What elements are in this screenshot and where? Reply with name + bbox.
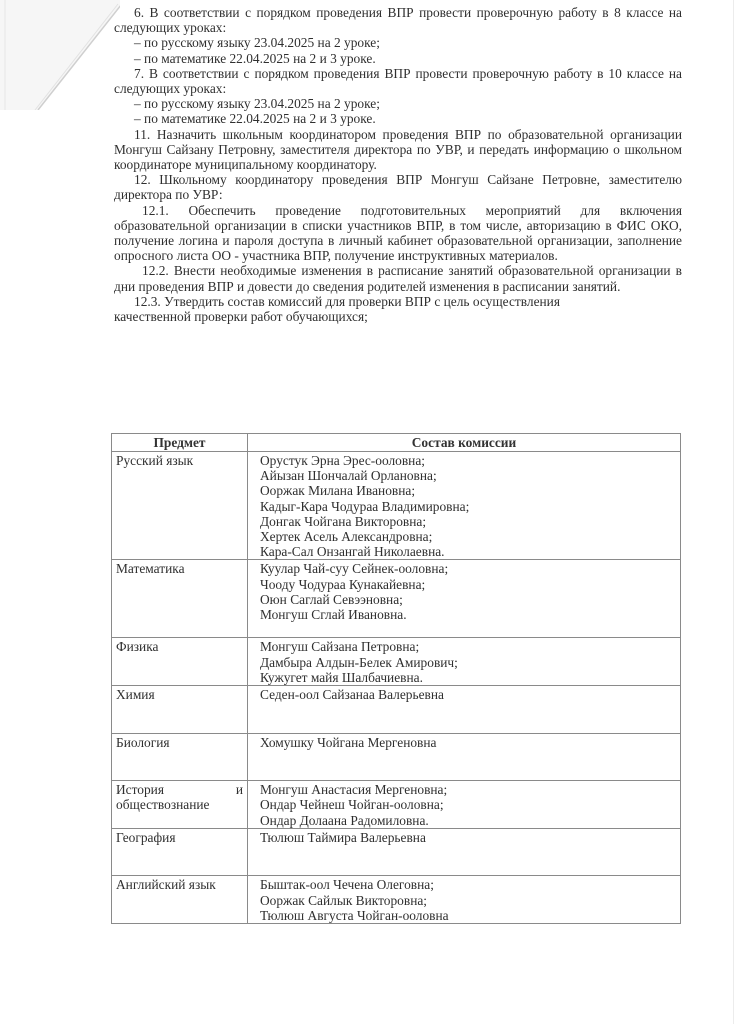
- table-row: Английский языкБыштак-оол Чечена Олеговн…: [112, 876, 681, 924]
- paragraph-7-item-math: – по математике 22.04.2025 на 2 и 3 урок…: [114, 111, 682, 126]
- paragraph-6-item-math: – по математике 22.04.2025 на 2 и 3 урок…: [114, 51, 682, 66]
- commission-member: Монгуш Сайзана Петровна;: [260, 639, 676, 654]
- commission-member: Куулар Чай-суу Сейнек-ооловна;: [260, 561, 676, 576]
- paragraph-11: 11. Назначить школьным координатором про…: [114, 127, 682, 173]
- subject-cell: История и обществознание: [112, 781, 248, 829]
- commission-member: Кадыг-Кара Чодураа Владимировна;: [260, 499, 676, 514]
- commission-table: Предмет Состав комиссии Русский языкОрус…: [111, 433, 681, 924]
- subject-cell: Русский язык: [112, 452, 248, 560]
- commission-member: Монгуш Анастасия Мергеновна;: [260, 782, 676, 797]
- commission-member: Хертек Асель Александровна;: [260, 529, 676, 544]
- subject-cell: География: [112, 828, 248, 876]
- table-row: ГеографияТюлюш Таймира Валерьевна: [112, 828, 681, 876]
- commission-member: Седен-оол Сайзанаа Валерьевна: [260, 687, 676, 702]
- members-cell: Хомушку Чойгана Мергеновна: [248, 733, 681, 781]
- subject-cell: Химия: [112, 686, 248, 734]
- header-commission: Состав комиссии: [248, 434, 681, 452]
- order-text: 6. В соответствии с порядком проведения …: [114, 5, 682, 324]
- paragraph-7-item-russian: – по русскому языку 23.04.2025 на 2 урок…: [114, 96, 682, 111]
- commission-member: Дамбыра Алдын-Белек Амирович;: [260, 655, 676, 670]
- commission-member: Кужугет майя Шалбачиевна.: [260, 670, 676, 685]
- paragraph-12: 12. Школьному координатору проведения ВП…: [114, 172, 682, 202]
- commission-member: Монгуш Сглай Ивановна.: [260, 607, 676, 622]
- members-cell: Седен-оол Сайзанаа Валерьевна: [248, 686, 681, 734]
- members-cell: Тюлюш Таймира Валерьевна: [248, 828, 681, 876]
- table-row: История и обществознаниеМонгуш Анастасия…: [112, 781, 681, 829]
- table-row: БиологияХомушку Чойгана Мергеновна: [112, 733, 681, 781]
- commission-member: Донгак Чойгана Викторовна;: [260, 514, 676, 529]
- table-row: ХимияСеден-оол Сайзанаа Валерьевна: [112, 686, 681, 734]
- table-row: МатематикаКуулар Чай-суу Сейнек-ооловна;…: [112, 560, 681, 638]
- table-row: ФизикаМонгуш Сайзана Петровна;Дамбыра Ал…: [112, 638, 681, 686]
- commission-member: Айызан Шончалай Орлановна;: [260, 468, 676, 483]
- commission-member: Ондар Чейнеш Чойган-ооловна;: [260, 797, 676, 812]
- commission-member: Ондар Долаана Радомиловна.: [260, 813, 676, 828]
- page-fold-corner: [0, 0, 120, 110]
- members-cell: Монгуш Сайзана Петровна;Дамбыра Алдын-Бе…: [248, 638, 681, 686]
- subject-cell: Английский язык: [112, 876, 248, 924]
- commission-member: Оюн Саглай Севээновна;: [260, 592, 676, 607]
- members-cell: Куулар Чай-суу Сейнек-ооловна;Чооду Чоду…: [248, 560, 681, 638]
- members-cell: Монгуш Анастасия Мергеновна;Ондар Чейнеш…: [248, 781, 681, 829]
- commission-member: Ооржак Сайлык Викторовна;: [260, 893, 676, 908]
- commission-member: Чооду Чодураа Кунакайевна;: [260, 577, 676, 592]
- subject-cell: Математика: [112, 560, 248, 638]
- paragraph-6-item-russian: – по русскому языку 23.04.2025 на 2 урок…: [114, 35, 682, 50]
- paragraph-6: 6. В соответствии с порядком проведения …: [114, 5, 682, 35]
- subject-cell: Биология: [112, 733, 248, 781]
- header-subject: Предмет: [112, 434, 248, 452]
- commission-member: Тюлюш Таймира Валерьевна: [260, 830, 676, 845]
- paragraph-7: 7. В соответствии с порядком проведения …: [114, 66, 682, 96]
- subject-cell: Физика: [112, 638, 248, 686]
- scan-edge-line: [733, 0, 734, 1024]
- paragraph-12-3-cont: качественной проверки работ обучающихся;: [114, 309, 682, 324]
- commission-member: Ооржак Милана Ивановна;: [260, 483, 676, 498]
- commission-member: Быштак-оол Чечена Олеговна;: [260, 877, 676, 892]
- paragraph-12-1: 12.1. Обеспечить проведение подготовител…: [114, 203, 682, 264]
- members-cell: Быштак-оол Чечена Олеговна;Ооржак Сайлык…: [248, 876, 681, 924]
- commission-member: Кара-Сал Онзангай Николаевна.: [260, 544, 676, 559]
- table-row: Русский языкОрустук Эрна Эрес-ооловна;Ай…: [112, 452, 681, 560]
- paragraph-12-3: 12.3. Утвердить состав комиссий для пров…: [114, 294, 682, 309]
- commission-member: Хомушку Чойгана Мергеновна: [260, 735, 676, 750]
- table-header-row: Предмет Состав комиссии: [112, 434, 681, 452]
- members-cell: Орустук Эрна Эрес-ооловна;Айызан Шончала…: [248, 452, 681, 560]
- commission-member: Тюлюш Августа Чойган-ооловна: [260, 908, 676, 923]
- commission-member: Орустук Эрна Эрес-ооловна;: [260, 453, 676, 468]
- paragraph-12-2: 12.2. Внести необходимые изменения в рас…: [114, 263, 682, 293]
